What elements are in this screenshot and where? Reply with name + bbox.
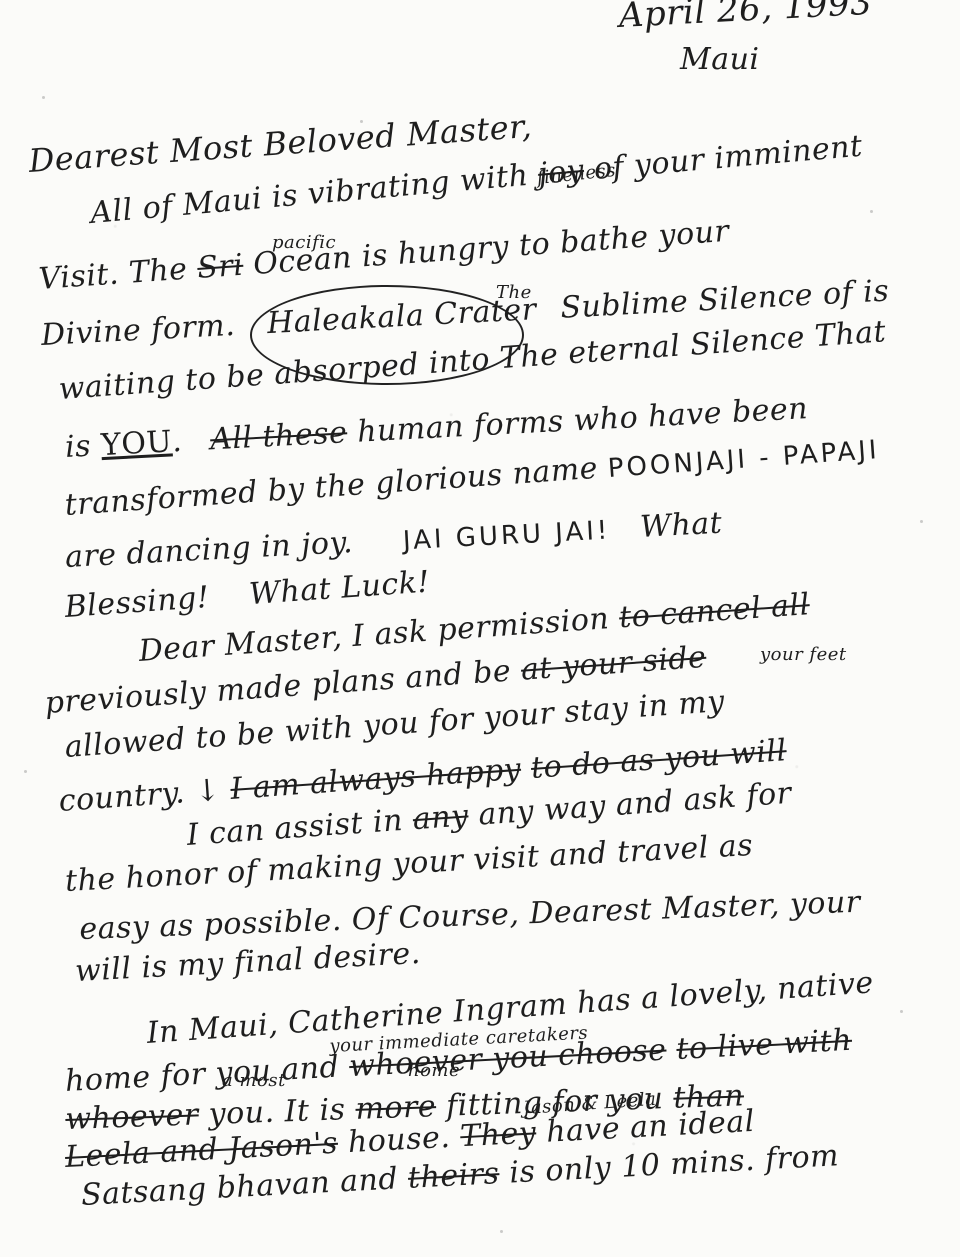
line-7-after: What xyxy=(639,506,723,545)
p3-line-5-struck: theirs xyxy=(407,1156,500,1196)
line-6-poonjaji: POONJAJI - PAPAJI xyxy=(607,435,881,484)
line-2-text: Visit. The xyxy=(38,252,189,297)
scanned-letter-page: April 26, 1993 Maui Dearest Most Beloved… xyxy=(0,0,960,1257)
line-2-struck: Sri xyxy=(196,248,244,286)
p2-line-1-struck: to cancel all xyxy=(618,587,811,635)
insertion-home: home xyxy=(408,1060,460,1081)
scan-speck xyxy=(360,120,363,123)
p2-line-2-struck: at your side xyxy=(520,640,708,688)
p3-line-3-after: It is xyxy=(284,1092,346,1129)
line-7-text: are dancing in joy. xyxy=(64,525,354,575)
p2-line-5-struck: any xyxy=(412,798,470,837)
line-1-struck: joy xyxy=(537,153,586,192)
p3-line-3-struck-lead: whoever xyxy=(65,1097,199,1137)
p3-line-4-text: house. xyxy=(347,1120,451,1160)
scan-speck xyxy=(870,210,873,213)
p2-line-4-text: country. xyxy=(58,775,187,819)
p3-line-4-struck: They xyxy=(459,1115,537,1154)
p3-line-3-text: you. xyxy=(208,1095,275,1132)
line-5-you: YOU xyxy=(100,424,173,463)
insertion-a-most: a most xyxy=(222,1070,286,1091)
line-7-jai-guru: JAI GURU JAI! xyxy=(402,515,611,556)
line-6-text: transformed by the glorious name xyxy=(64,451,599,523)
line-8: Blessing! What Luck! xyxy=(64,565,431,625)
p2-line-5-text: I can assist in xyxy=(186,803,405,853)
insertion-your-feet: your feet xyxy=(760,644,847,665)
line-1-after: of your imminent xyxy=(592,129,863,187)
p2-line-7: easy as possible. Of Course, Dearest Mas… xyxy=(79,885,861,947)
line-5-text: is xyxy=(64,429,92,465)
scan-speck xyxy=(42,96,45,99)
p3-line-2-text: home for you and xyxy=(64,1050,340,1099)
line-5-struck: All these xyxy=(209,415,348,457)
line-8-text: Blessing! xyxy=(64,580,211,625)
line-8-after: What Luck! xyxy=(248,565,431,613)
p3-line-2-struck2: to live with xyxy=(676,1023,853,1067)
line-3-text: Divine form. xyxy=(40,308,236,353)
letter-date: April 26, 1993 xyxy=(618,0,873,36)
scan-speck xyxy=(920,520,923,523)
letter-place: Maui xyxy=(680,42,760,77)
scan-speck xyxy=(24,770,27,773)
scan-speck xyxy=(900,1010,903,1013)
line-2-after: Ocean is hungry to bathe your xyxy=(252,214,730,282)
scan-speck xyxy=(500,1230,503,1233)
p2-line-6: the honor of making your visit and trave… xyxy=(64,828,754,899)
